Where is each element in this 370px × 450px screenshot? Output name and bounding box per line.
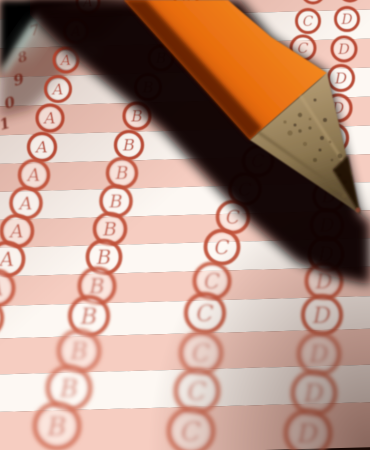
wood-speckle (319, 149, 322, 152)
wood-speckle (338, 154, 343, 159)
wood-speckle (283, 120, 286, 123)
wood-speckle (314, 99, 317, 102)
wood-speckle (298, 113, 302, 117)
graphite-tip-glint (356, 208, 361, 213)
wood-speckle (287, 130, 292, 135)
wood-speckle (298, 129, 301, 132)
wood-speckle (313, 158, 317, 162)
wood-speckle (323, 118, 327, 122)
wood-speckle (331, 159, 334, 162)
wood-speckle (342, 194, 346, 198)
answer-sheet-scene: 78901AAAAAAAAAAAABBBBBBBBBBBBBBBCCCCCCCC… (0, 0, 370, 450)
wood-speckle (329, 185, 332, 188)
wood-speckle (329, 141, 332, 144)
wood-speckle (303, 142, 307, 146)
wood-speckle (308, 126, 311, 129)
wood-speckle (294, 124, 297, 127)
wood-speckle (309, 118, 312, 121)
wood-speckle (320, 136, 324, 140)
scantron-photo: 78901AAAAAAAAAAAABBBBBBBBBBBBBBBCCCCCCCC… (0, 0, 370, 450)
